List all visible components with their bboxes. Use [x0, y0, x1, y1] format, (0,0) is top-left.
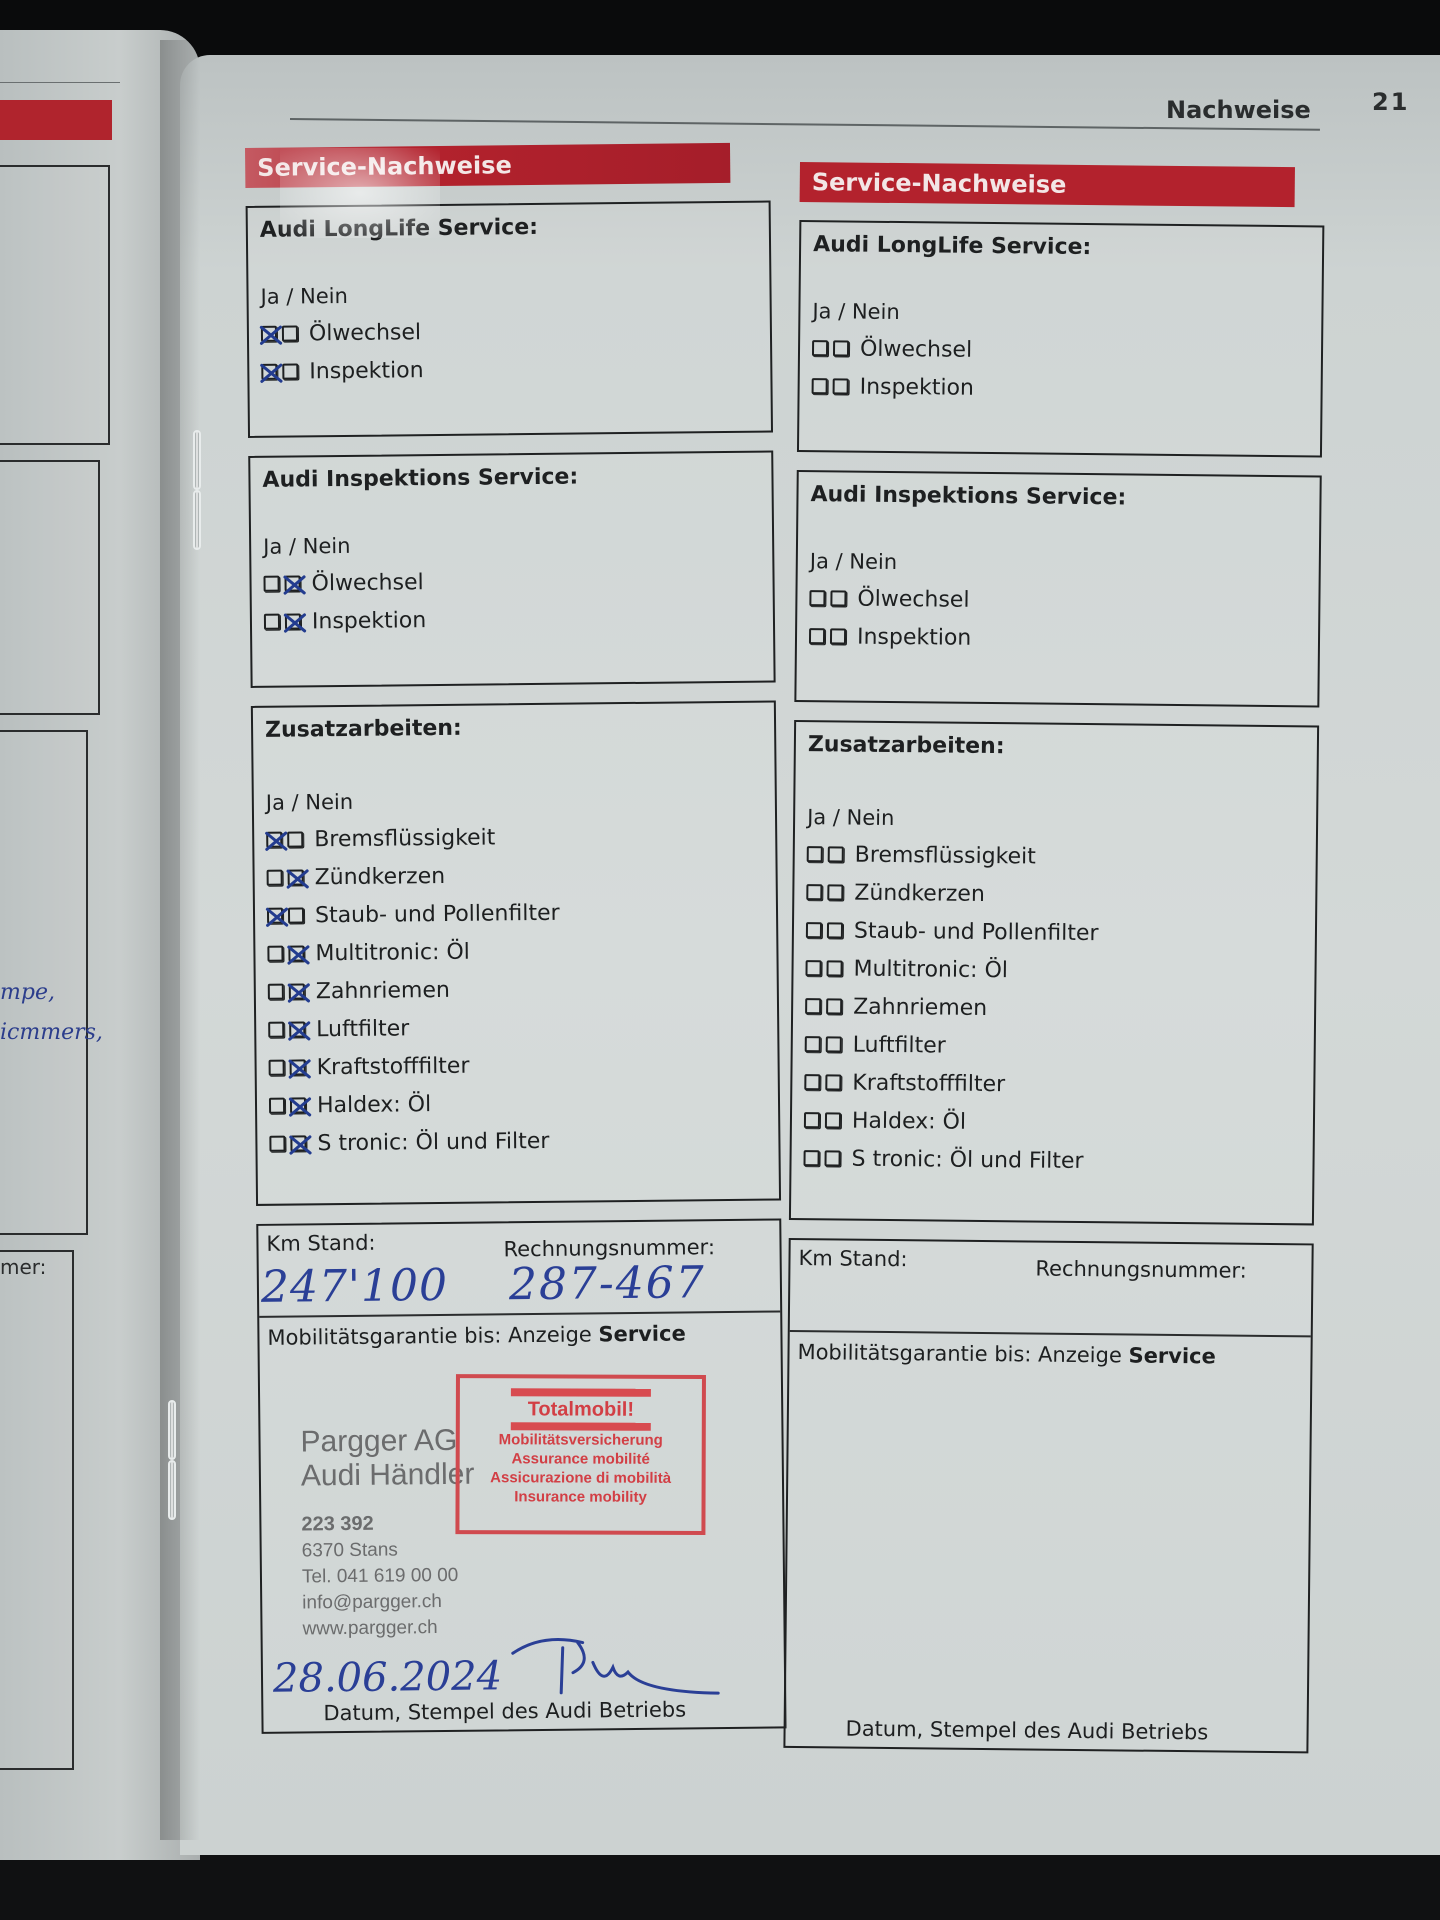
- ja-nein-label: Ja / Nein: [263, 530, 760, 559]
- checklist-item: Luftfilter: [268, 1006, 765, 1049]
- checklist-item: Haldex: Öl: [269, 1082, 766, 1125]
- nein-checkbox[interactable]: [826, 1036, 842, 1052]
- item-label: Luftfilter: [316, 1016, 409, 1042]
- km-stand-label: Km Stand:: [798, 1246, 907, 1271]
- insurance-line: Mobilitätsversicherung: [460, 1430, 702, 1450]
- staple: [193, 430, 201, 490]
- ja-checkbox[interactable]: [803, 1150, 819, 1166]
- checklist-item: Staub- und Pollenfilter: [806, 911, 1303, 954]
- nein-checkbox[interactable]: [830, 590, 846, 606]
- km-stamp-box: Km Stand: Rechnungsnummer: Mobilitätsgar…: [783, 1238, 1313, 1753]
- nein-checkbox[interactable]: [285, 613, 301, 629]
- ja-checkbox[interactable]: [267, 946, 283, 962]
- ja-checkbox[interactable]: [809, 590, 825, 606]
- item-label: Kraftstofffilter: [852, 1070, 1005, 1097]
- checklist-item: Inspektion: [261, 348, 758, 391]
- km-stand-value[interactable]: 247'100: [261, 1260, 449, 1313]
- nein-checkbox[interactable]: [824, 1150, 840, 1166]
- nein-checkbox[interactable]: [288, 945, 304, 961]
- ja-checkbox[interactable]: [267, 908, 283, 924]
- nein-checkbox[interactable]: [827, 922, 843, 938]
- dealer-phone: Tel. 041 619 00 00: [302, 1565, 476, 1589]
- header-rule: [0, 82, 120, 83]
- dealer-stamp: Pargger AG Audi Händler 223 392 6370 Sta…: [300, 1424, 476, 1641]
- zusatzarbeiten-box: Zusatzarbeiten: Ja / Nein Bremsflüssigke…: [251, 700, 781, 1205]
- rechnungsnummer-value[interactable]: 287-467: [509, 1257, 706, 1310]
- nein-checkbox[interactable]: [290, 1097, 306, 1113]
- item-label: Multitronic: Öl: [853, 956, 1008, 983]
- item-label: Inspektion: [309, 358, 424, 384]
- box-title: Audi Inspektions Service:: [810, 482, 1307, 512]
- nein-checkbox[interactable]: [287, 831, 303, 847]
- nein-checkbox[interactable]: [826, 998, 842, 1014]
- item-label: Zahnriemen: [853, 994, 987, 1020]
- insurance-line: Assicurazione di mobilità: [460, 1468, 702, 1488]
- km-stamp-box: Km Stand: Rechnungsnummer: 247'100 287-4…: [256, 1218, 786, 1733]
- checklist-item: Multitronic: Öl: [267, 930, 764, 973]
- ja-checkbox[interactable]: [804, 1074, 820, 1090]
- ja-checkbox[interactable]: [269, 1060, 285, 1076]
- page-number: 21: [1372, 88, 1409, 116]
- nein-checkbox[interactable]: [282, 363, 298, 379]
- ja-checkbox[interactable]: [809, 628, 825, 644]
- checklist-item: Kraftstofffilter: [268, 1044, 765, 1087]
- ja-checkbox[interactable]: [269, 1098, 285, 1114]
- item-label: Ölwechsel: [309, 320, 421, 346]
- checklist-item: Bremsflüssigkeit: [807, 835, 1304, 878]
- dealer-code: 223 392: [301, 1512, 475, 1537]
- nein-checkbox[interactable]: [833, 340, 849, 356]
- box-title: Audi LongLife Service:: [813, 232, 1310, 262]
- item-label: Inspektion: [857, 624, 972, 650]
- item-label: Kraftstofffilter: [316, 1053, 469, 1080]
- checklist-item: S tronic: Öl und Filter: [803, 1139, 1300, 1182]
- signature-icon: [503, 1631, 724, 1703]
- item-label: Ölwechsel: [857, 586, 969, 612]
- item-label: Staub- und Pollenfilter: [854, 918, 1099, 946]
- item-label: S tronic: Öl und Filter: [317, 1128, 549, 1155]
- item-label: Multitronic: Öl: [315, 939, 470, 966]
- item-label: Zahnriemen: [316, 977, 450, 1003]
- mobil-text: Mobilitätsgarantie bis: Anzeige: [797, 1340, 1122, 1367]
- checklist-item: Ölwechsel: [263, 560, 760, 603]
- mobilitaetsgarantie-label: Mobilitätsgarantie bis: Anzeige Service: [267, 1321, 686, 1349]
- item-label: Ölwechsel: [860, 336, 972, 362]
- checklist-item: Ölwechsel: [812, 329, 1309, 372]
- item-label: Zündkerzen: [315, 863, 446, 889]
- dealer-website: www.pargger.ch: [302, 1617, 476, 1641]
- nein-checkbox[interactable]: [827, 884, 843, 900]
- nein-checkbox[interactable]: [290, 1059, 306, 1075]
- ja-nein-label: Ja / Nein: [812, 299, 1309, 328]
- rechnungsnummer-label: Rechnungsnummer:: [1035, 1257, 1247, 1283]
- checklist-item: Zahnriemen: [268, 968, 765, 1011]
- ja-checkbox[interactable]: [812, 340, 828, 356]
- ja-checkbox[interactable]: [805, 998, 821, 1014]
- item-label: Inspektion: [860, 374, 975, 400]
- km-stand-label: Km Stand:: [266, 1231, 375, 1256]
- item-label: Bremsflüssigkeit: [855, 842, 1036, 869]
- ja-checkbox[interactable]: [807, 846, 823, 862]
- nein-checkbox[interactable]: [825, 1074, 841, 1090]
- checklist-item: Zündkerzen: [266, 854, 763, 897]
- item-label: Haldex: Öl: [317, 1092, 431, 1118]
- staple: [168, 1400, 176, 1460]
- insurance-stamp: Totalmobil!MobilitätsversicherungAssuran…: [455, 1374, 706, 1535]
- section-title: Service-Nachweise: [800, 162, 1295, 207]
- ja-checkbox[interactable]: [268, 984, 284, 1000]
- nein-checkbox[interactable]: [289, 1021, 305, 1037]
- ja-checkbox[interactable]: [805, 1036, 821, 1052]
- ja-checkbox[interactable]: [812, 378, 828, 394]
- inspektion-service-box: Audi Inspektions Service: Ja / Nein Ölwe…: [248, 450, 775, 687]
- item-label: Ölwechsel: [311, 570, 423, 596]
- insurance-line: Insurance mobility: [460, 1487, 702, 1507]
- dealer-email: info@pargger.ch: [302, 1591, 476, 1615]
- checklist-item: Inspektion: [264, 598, 761, 641]
- box-title: Zusatzarbeiten:: [265, 713, 762, 743]
- form-box-fragment: [0, 1250, 74, 1770]
- ja-checkbox[interactable]: [806, 884, 822, 900]
- item-label: Bremsflüssigkeit: [314, 825, 495, 852]
- mobil-bold-text: Service: [598, 1321, 686, 1346]
- nein-checkbox[interactable]: [828, 846, 844, 862]
- item-label: Luftfilter: [853, 1032, 946, 1058]
- checklist-item: Multitronic: Öl: [805, 949, 1302, 992]
- ja-nein-label: Ja / Nein: [260, 280, 757, 309]
- checklist-item: Luftfilter: [805, 1025, 1302, 1068]
- nein-checkbox[interactable]: [289, 983, 305, 999]
- checklist-item: Zahnriemen: [805, 987, 1302, 1030]
- checklist-item: Kraftstofffilter: [804, 1063, 1301, 1106]
- checklist-item: Zündkerzen: [806, 873, 1303, 916]
- service-date[interactable]: 28.06.2024: [273, 1653, 503, 1701]
- light-glare: [280, 148, 440, 238]
- nein-checkbox[interactable]: [826, 960, 842, 976]
- insurance-line: Assurance mobilité: [460, 1449, 702, 1469]
- checklist-item: Inspektion: [809, 617, 1306, 660]
- item-label: Staub- und Pollenfilter: [315, 900, 560, 928]
- nein-checkbox[interactable]: [282, 325, 298, 341]
- item-label: S tronic: Öl und Filter: [851, 1146, 1083, 1173]
- zusatzarbeiten-box: Zusatzarbeiten: Ja / Nein Bremsflüssigke…: [789, 720, 1319, 1225]
- ja-checkbox[interactable]: [267, 870, 283, 886]
- section-bar-fragment: [0, 100, 112, 140]
- ja-checkbox[interactable]: [266, 832, 282, 848]
- longlife-service-box: Audi LongLife Service: Ja / Nein Ölwechs…: [797, 220, 1324, 457]
- staple: [193, 490, 201, 550]
- nein-checkbox[interactable]: [288, 907, 304, 923]
- nein-checkbox[interactable]: [288, 869, 304, 885]
- form-box-fragment: [0, 165, 110, 445]
- checklist-item: Bremsflüssigkeit: [266, 816, 763, 859]
- nein-checkbox[interactable]: [284, 575, 300, 591]
- ja-checkbox[interactable]: [805, 960, 821, 976]
- service-column-2: Service-Nachweise Audi LongLife Service:…: [783, 162, 1325, 1753]
- service-column-1: Service-Nachweise Audi LongLife Service:…: [245, 143, 787, 1734]
- background-bottom: [0, 1850, 1440, 1920]
- checklist-item: Inspektion: [811, 367, 1308, 410]
- mobil-text: Mobilitätsgarantie bis: Anzeige: [267, 1322, 592, 1349]
- ja-checkbox[interactable]: [261, 364, 277, 380]
- nein-checkbox[interactable]: [825, 1112, 841, 1128]
- ja-checkbox[interactable]: [264, 614, 280, 630]
- datum-stempel-label: Datum, Stempel des Audi Betriebs: [845, 1717, 1208, 1745]
- item-label: Zündkerzen: [854, 880, 985, 906]
- nein-checkbox[interactable]: [290, 1135, 306, 1151]
- staple: [168, 1460, 176, 1520]
- checklist-item: Ölwechsel: [809, 579, 1306, 622]
- checklist-item: Ölwechsel: [261, 310, 758, 353]
- dealer-name: Pargger AG: [300, 1424, 474, 1460]
- box-title: Audi Inspektions Service:: [262, 463, 759, 493]
- form-box-fragment: [0, 460, 100, 715]
- item-label: Haldex: Öl: [852, 1108, 966, 1134]
- ja-nein-label: Ja / Nein: [807, 805, 1304, 834]
- checklist-item: S tronic: Öl und Filter: [269, 1120, 766, 1163]
- km-row: Km Stand: Rechnungsnummer:: [790, 1240, 1312, 1337]
- checklist-item: Staub- und Pollenfilter: [267, 892, 764, 935]
- spine-shadow: [160, 40, 200, 1840]
- box-title: Zusatzarbeiten:: [808, 732, 1305, 762]
- handwriting-fragment: mpe,: [0, 980, 55, 1005]
- ja-checkbox[interactable]: [263, 576, 279, 592]
- ja-checkbox[interactable]: [804, 1112, 820, 1128]
- item-label: Inspektion: [312, 608, 427, 634]
- checklist-item: Haldex: Öl: [804, 1101, 1301, 1144]
- ja-checkbox[interactable]: [261, 326, 277, 342]
- label-fragment: mer:: [0, 1255, 46, 1279]
- mobil-bold-text: Service: [1128, 1344, 1216, 1369]
- ja-nein-label: Ja / Nein: [810, 549, 1307, 578]
- ja-checkbox[interactable]: [269, 1136, 285, 1152]
- nein-checkbox[interactable]: [833, 378, 849, 394]
- dealer-type: Audi Händler: [301, 1458, 475, 1494]
- ja-checkbox[interactable]: [806, 922, 822, 938]
- ja-checkbox[interactable]: [268, 1022, 284, 1038]
- inspektion-service-box: Audi Inspektions Service: Ja / Nein Ölwe…: [794, 470, 1321, 707]
- page-header: Nachweise: [1166, 96, 1311, 124]
- insurance-brand: Totalmobil!: [511, 1388, 651, 1430]
- dealer-city: 6370 Stans: [302, 1539, 476, 1563]
- mobilitaetsgarantie-label: Mobilitätsgarantie bis: Anzeige Service: [797, 1340, 1216, 1368]
- nein-checkbox[interactable]: [830, 628, 846, 644]
- km-row: Km Stand: Rechnungsnummer: 247'100 287-4…: [258, 1220, 780, 1317]
- ja-nein-label: Ja / Nein: [266, 786, 763, 815]
- handwriting-fragment: icmmers,: [0, 1020, 103, 1045]
